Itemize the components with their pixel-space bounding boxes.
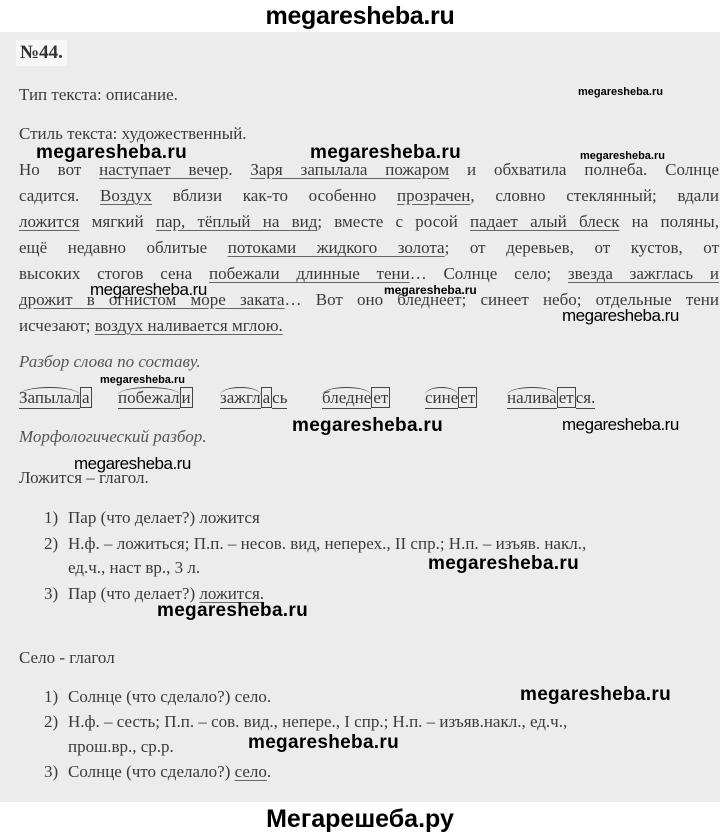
word-stem: побежал: [118, 387, 180, 409]
underlined-phrase: звезда зажглась и: [568, 264, 719, 283]
item-number: 1): [44, 508, 68, 528]
text-segment: и обхватила полнеба. Солнце: [449, 160, 719, 179]
watermark: megaresheba.ru: [580, 150, 665, 162]
item-number: 2): [44, 534, 68, 554]
text-style-line: Стиль текста: художественный.: [19, 124, 247, 144]
watermark: megaresheba.ru: [100, 374, 185, 386]
watermark: megaresheba.ru: [74, 454, 191, 474]
morph-title: Село - глагол: [19, 648, 115, 668]
word-composition: бледнеет: [322, 388, 390, 408]
paragraph-line: ложится мягкий пар, тёплый на вид; вмест…: [19, 212, 719, 232]
word-stem: налива: [507, 387, 557, 409]
text-segment: мягкий: [79, 212, 155, 231]
underlined-phrase: воздух наливается мглою.: [95, 316, 283, 335]
paragraph-line: исчезают; воздух наливается мглою.: [19, 316, 283, 336]
watermark: megaresheba.ru: [36, 142, 187, 164]
site-title[interactable]: megaresheba.ru: [266, 2, 455, 30]
item-text: .: [267, 762, 271, 781]
word-ending: и: [180, 387, 193, 408]
word-ending: ет: [557, 387, 576, 408]
text-segment: вблизи как-то особенно: [152, 186, 397, 205]
text-segment: исчезают;: [19, 316, 95, 335]
word-composition: зажглась: [220, 388, 287, 408]
word-postfix: сь: [272, 388, 287, 409]
site-footer-title[interactable]: Мегарешеба.ру: [266, 805, 454, 833]
item-text: ед.ч., наст вр., 3 л.: [68, 558, 200, 577]
item-number: 1): [44, 687, 68, 707]
morph-item: 1)Солнце (что сделало?) село.: [44, 687, 271, 707]
word-composition: синеет: [425, 388, 477, 408]
text-segment: .: [228, 160, 250, 179]
morph-item: 2)Н.ф. – сесть; П.п. – сов. вид., непере…: [44, 712, 567, 732]
item-text: Н.ф. – сесть; П.п. – сов. вид., непере.,…: [68, 712, 567, 731]
word-ending: ет: [371, 387, 390, 408]
text-segment: садится.: [19, 186, 100, 205]
word-composition: Запылала: [19, 388, 92, 408]
watermark: megaresheba.ru: [90, 280, 207, 300]
paragraph-line: ещё недавно облитые потоками жидкого зол…: [19, 238, 719, 258]
watermark: megaresheba.ru: [562, 306, 679, 326]
composition-heading: Разбор слова по составу.: [19, 352, 201, 372]
watermark: megaresheba.ru: [520, 684, 671, 706]
word-stem: Запылал: [19, 387, 80, 409]
underlined-phrase: падает алый блеск: [470, 212, 619, 231]
item-text: Пар (что делает?) ложится: [68, 508, 260, 527]
text-segment: … Солнце село;: [410, 264, 568, 283]
text-segment: ; от деревьев, от кустов, от: [445, 238, 719, 257]
underlined-phrase: прозрачен: [397, 186, 470, 205]
word-ending: а: [80, 387, 92, 408]
morph-item: ед.ч., наст вр., 3 л.: [44, 558, 200, 578]
item-number: 3): [44, 584, 68, 604]
morph-item: прош.вр., ср.р.: [44, 737, 174, 757]
watermark: megaresheba.ru: [310, 142, 461, 164]
word-stem: зажгл: [220, 387, 261, 409]
word-composition: побежали: [118, 388, 193, 408]
site-footer: Мегарешеба.ру: [0, 802, 720, 837]
underlined-phrase: побежали длинные тени: [209, 264, 410, 283]
underlined-word: село: [235, 762, 267, 781]
watermark: megaresheba.ru: [248, 732, 399, 754]
text-segment: ещё недавно облитые: [19, 238, 228, 257]
word-stem: бледне: [322, 387, 371, 409]
morph-item: 3)Солнце (что сделало?) село.: [44, 762, 271, 782]
item-text: Н.ф. – ложиться; П.п. – несов. вид, непе…: [68, 534, 586, 553]
text-type-line: Тип текста: описание.: [19, 85, 178, 105]
word-postfix: ся.: [576, 388, 596, 409]
site-header: megaresheba.ru: [0, 0, 720, 32]
word-ending: ет: [458, 387, 477, 408]
watermark: megaresheba.ru: [384, 283, 477, 297]
watermark: megaresheba.ru: [578, 86, 663, 98]
watermark: megaresheba.ru: [428, 553, 579, 575]
morph-item: 1)Пар (что делает?) ложится: [44, 508, 260, 528]
word-stem: сине: [425, 387, 458, 409]
paragraph-line: садится. Воздух вблизи как-то особенно п…: [19, 186, 719, 206]
item-text: Солнце (что сделало?): [68, 762, 235, 781]
text-segment: , словно стеклянный; вдали: [470, 186, 719, 205]
watermark: megaresheba.ru: [562, 415, 679, 435]
text-segment: ; вместе с росой: [317, 212, 470, 231]
underlined-phrase: ложится: [19, 212, 79, 231]
morph-heading: Морфологический разбор.: [19, 427, 206, 447]
word-composition: наливается.: [507, 388, 595, 408]
watermark: megaresheba.ru: [292, 415, 443, 437]
word-ending: а: [261, 387, 273, 408]
item-number: 2): [44, 712, 68, 732]
morph-item: 2)Н.ф. – ложиться; П.п. – несов. вид, не…: [44, 534, 586, 554]
task-number: №44.: [16, 40, 67, 66]
item-text: Солнце (что сделало?) село.: [68, 687, 271, 706]
text-segment: на поляны,: [619, 212, 719, 231]
item-text: прош.вр., ср.р.: [68, 737, 174, 756]
underlined-phrase: потоками жидкого золота: [228, 238, 445, 257]
watermark: megaresheba.ru: [157, 600, 308, 622]
item-number: 3): [44, 762, 68, 782]
underlined-phrase: пар, тёплый на вид: [156, 212, 318, 231]
underlined-phrase: Воздух: [100, 186, 152, 205]
